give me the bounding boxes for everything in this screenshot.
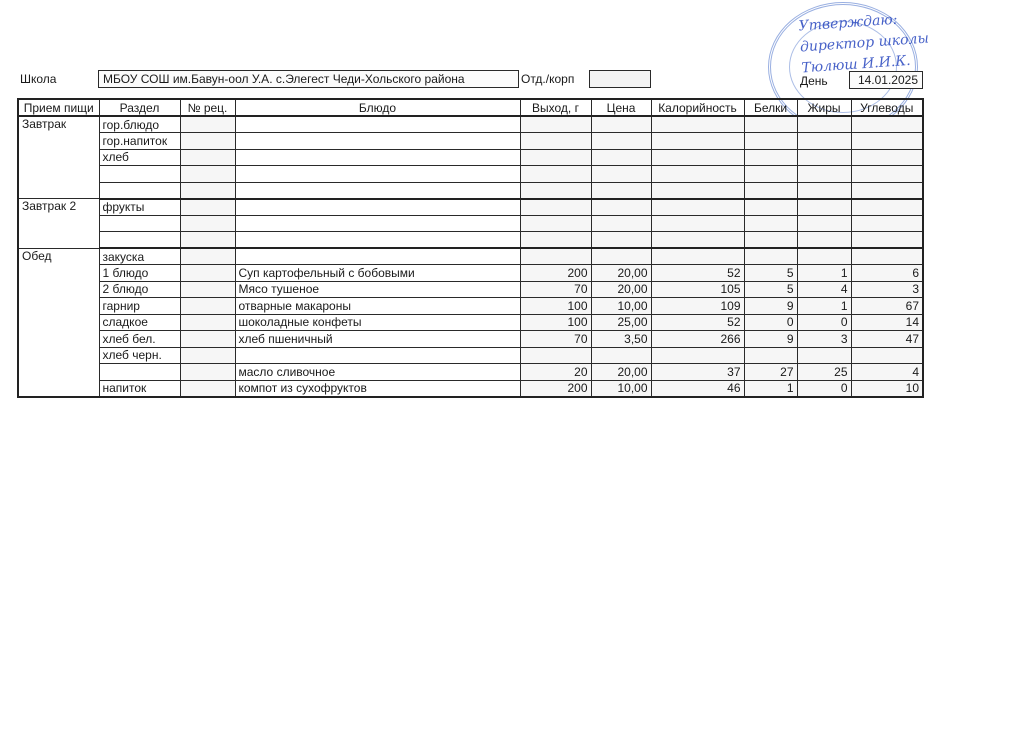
price-cell[interactable]: 20,00 [591,281,651,298]
recipe-cell[interactable] [180,364,235,381]
recipe-cell[interactable] [180,166,235,183]
fat-cell[interactable] [797,215,851,232]
protein-cell[interactable] [744,166,797,183]
dish-cell[interactable] [235,166,520,183]
dish-cell[interactable]: хлеб пшеничный [235,331,520,348]
dish-cell[interactable] [235,347,520,364]
fat-cell[interactable]: 1 [797,265,851,282]
dish-cell[interactable]: шоколадные конфеты [235,314,520,331]
price-cell[interactable] [591,215,651,232]
yield-cell[interactable] [520,133,591,150]
protein-cell[interactable] [744,232,797,249]
yield-cell[interactable] [520,182,591,199]
fat-cell[interactable]: 25 [797,364,851,381]
carbs-cell[interactable]: 3 [851,281,923,298]
table-row: гарниротварные макароны10010,001099167 [18,298,923,315]
price-cell[interactable] [591,347,651,364]
dish-cell[interactable]: отварные макароны [235,298,520,315]
recipe-cell[interactable] [180,199,235,216]
fat-cell[interactable]: 4 [797,281,851,298]
section-cell[interactable] [99,215,180,232]
fat-cell[interactable] [797,199,851,216]
day-field[interactable]: 14.01.2025 [849,71,923,89]
section-cell[interactable]: сладкое [99,314,180,331]
carbs-cell[interactable]: 10 [851,380,923,397]
table-row [18,166,923,183]
price-cell[interactable] [591,116,651,133]
recipe-cell[interactable] [180,182,235,199]
recipe-cell[interactable] [180,232,235,249]
yield-cell[interactable]: 200 [520,380,591,397]
section-cell[interactable] [99,166,180,183]
calories-cell[interactable]: 52 [651,314,744,331]
dish-cell[interactable] [235,116,520,133]
dish-cell[interactable] [235,149,520,166]
fat-cell[interactable] [797,149,851,166]
protein-cell[interactable]: 1 [744,380,797,397]
column-header-recipe: № рец. [180,99,235,116]
calories-cell[interactable]: 52 [651,265,744,282]
carbs-cell[interactable]: 14 [851,314,923,331]
table-row [18,232,923,249]
fat-cell[interactable] [797,116,851,133]
section-cell[interactable]: закуска [99,248,180,265]
table-row: 1 блюдоСуп картофельный с бобовыми20020,… [18,265,923,282]
protein-cell[interactable]: 9 [744,331,797,348]
protein-cell[interactable] [744,133,797,150]
calories-cell[interactable] [651,232,744,249]
section-cell[interactable]: хлеб бел. [99,331,180,348]
fat-cell[interactable] [797,232,851,249]
yield-cell[interactable]: 70 [520,281,591,298]
fat-cell[interactable] [797,182,851,199]
protein-cell[interactable] [744,248,797,265]
yield-cell[interactable] [520,116,591,133]
protein-cell[interactable] [744,347,797,364]
calories-cell[interactable] [651,199,744,216]
fat-cell[interactable] [797,347,851,364]
fat-cell[interactable] [797,133,851,150]
calories-cell[interactable] [651,215,744,232]
table-row: сладкоешоколадные конфеты10025,00520014 [18,314,923,331]
protein-cell[interactable]: 9 [744,298,797,315]
dish-cell[interactable] [235,182,520,199]
protein-cell[interactable]: 27 [744,364,797,381]
carbs-cell[interactable] [851,232,923,249]
recipe-cell[interactable] [180,116,235,133]
price-cell[interactable] [591,166,651,183]
table-row: гор.напиток [18,133,923,150]
dept-label: Отд./корп [521,72,574,86]
calories-cell[interactable] [651,149,744,166]
calories-cell[interactable] [651,166,744,183]
column-header-meal: Прием пищи [18,99,99,116]
column-header-section: Раздел [99,99,180,116]
dish-cell[interactable] [235,248,520,265]
price-cell[interactable]: 20,00 [591,265,651,282]
section-cell[interactable]: хлеб черн. [99,347,180,364]
column-header-price: Цена [591,99,651,116]
carbs-cell[interactable]: 67 [851,298,923,315]
recipe-cell[interactable] [180,149,235,166]
recipe-cell[interactable] [180,347,235,364]
carbs-cell[interactable]: 6 [851,265,923,282]
fat-cell[interactable]: 3 [797,331,851,348]
school-field[interactable]: МБОУ СОШ им.Бавун-оол У.А. с.Элегест Чед… [98,70,519,88]
protein-cell[interactable] [744,215,797,232]
recipe-cell[interactable] [180,298,235,315]
yield-cell[interactable]: 70 [520,331,591,348]
dish-cell[interactable]: компот из сухофруктов [235,380,520,397]
table-row: хлеб бел.хлеб пшеничный703,502669347 [18,331,923,348]
yield-cell[interactable] [520,199,591,216]
carbs-cell[interactable] [851,133,923,150]
column-header-dish: Блюдо [235,99,520,116]
carbs-cell[interactable] [851,347,923,364]
yield-cell[interactable] [520,166,591,183]
recipe-cell[interactable] [180,133,235,150]
carbs-cell[interactable] [851,149,923,166]
column-header-yield: Выход, г [520,99,591,116]
column-header-protein: Белки [744,99,797,116]
section-cell[interactable] [99,232,180,249]
recipe-cell[interactable] [180,281,235,298]
carbs-cell[interactable] [851,166,923,183]
carbs-cell[interactable] [851,182,923,199]
table-row: хлеб черн. [18,347,923,364]
price-cell[interactable] [591,232,651,249]
price-cell[interactable] [591,248,651,265]
protein-cell[interactable]: 5 [744,265,797,282]
dept-field[interactable] [589,70,651,88]
protein-cell[interactable] [744,199,797,216]
dish-cell[interactable] [235,232,520,249]
calories-cell[interactable] [651,133,744,150]
table-row: хлеб [18,149,923,166]
yield-cell[interactable] [520,232,591,249]
price-cell[interactable] [591,133,651,150]
section-cell[interactable]: гарнир [99,298,180,315]
recipe-cell[interactable] [180,380,235,397]
section-cell[interactable]: гор.напиток [99,133,180,150]
carbs-cell[interactable] [851,215,923,232]
section-cell[interactable]: хлеб [99,149,180,166]
yield-cell[interactable]: 20 [520,364,591,381]
table-row: масло сливочное2020,003727254 [18,364,923,381]
recipe-cell[interactable] [180,314,235,331]
meal-cell: Завтрак 2 [18,199,99,249]
price-cell[interactable] [591,199,651,216]
carbs-cell[interactable]: 4 [851,364,923,381]
yield-cell[interactable]: 100 [520,298,591,315]
section-cell[interactable]: напиток [99,380,180,397]
calories-cell[interactable]: 109 [651,298,744,315]
yield-cell[interactable]: 100 [520,314,591,331]
recipe-cell[interactable] [180,331,235,348]
protein-cell[interactable]: 5 [744,281,797,298]
school-label: Школа [20,72,56,86]
carbs-cell[interactable] [851,116,923,133]
recipe-cell[interactable] [180,265,235,282]
table-row: 2 блюдоМясо тушеное7020,00105543 [18,281,923,298]
protein-cell[interactable] [744,182,797,199]
calories-cell[interactable] [651,182,744,199]
calories-cell[interactable]: 105 [651,281,744,298]
fat-cell[interactable] [797,248,851,265]
dish-cell[interactable]: Мясо тушеное [235,281,520,298]
fat-cell[interactable] [797,166,851,183]
price-cell[interactable]: 3,50 [591,331,651,348]
section-cell[interactable] [99,364,180,381]
carbs-cell[interactable] [851,248,923,265]
dish-cell[interactable]: масло сливочное [235,364,520,381]
table-row: напитоккомпот из сухофруктов20010,004610… [18,380,923,397]
calories-cell[interactable]: 46 [651,380,744,397]
recipe-cell[interactable] [180,215,235,232]
yield-cell[interactable] [520,149,591,166]
table-row: Обедзакуска [18,248,923,265]
calories-cell[interactable]: 266 [651,331,744,348]
price-cell[interactable]: 10,00 [591,380,651,397]
meal-cell: Обед [18,248,99,397]
meal-cell: Завтрак [18,116,99,199]
price-cell[interactable]: 20,00 [591,364,651,381]
dish-cell[interactable] [235,215,520,232]
calories-cell[interactable] [651,248,744,265]
dish-cell[interactable]: Суп картофельный с бобовыми [235,265,520,282]
section-cell[interactable]: 2 блюдо [99,281,180,298]
calories-cell[interactable] [651,347,744,364]
price-cell[interactable]: 25,00 [591,314,651,331]
price-cell[interactable] [591,182,651,199]
column-header-carbs: Углеводы [851,99,923,116]
table-header-row: Прием пищиРаздел№ рец.БлюдоВыход, гЦенаК… [18,99,923,116]
carbs-cell[interactable]: 47 [851,331,923,348]
section-cell[interactable]: 1 блюдо [99,265,180,282]
menu-table: Прием пищиРаздел№ рец.БлюдоВыход, гЦенаК… [17,98,924,398]
yield-cell[interactable]: 200 [520,265,591,282]
fat-cell[interactable]: 0 [797,314,851,331]
table-row: Завтрак 2фрукты [18,199,923,216]
dish-cell[interactable] [235,133,520,150]
protein-cell[interactable]: 0 [744,314,797,331]
calories-cell[interactable] [651,116,744,133]
calories-cell[interactable]: 37 [651,364,744,381]
price-cell[interactable] [591,149,651,166]
yield-cell[interactable] [520,248,591,265]
section-cell[interactable]: фрукты [99,199,180,216]
carbs-cell[interactable] [851,199,923,216]
fat-cell[interactable]: 0 [797,380,851,397]
table-row [18,182,923,199]
fat-cell[interactable]: 1 [797,298,851,315]
price-cell[interactable]: 10,00 [591,298,651,315]
yield-cell[interactable] [520,347,591,364]
column-header-calories: Калорийность [651,99,744,116]
approval-signature: Утверждаю: директор школы Тюлюш И.И.К. [798,8,931,80]
section-cell[interactable] [99,182,180,199]
protein-cell[interactable] [744,149,797,166]
column-header-fat: Жиры [797,99,851,116]
recipe-cell[interactable] [180,248,235,265]
dish-cell[interactable] [235,199,520,216]
yield-cell[interactable] [520,215,591,232]
protein-cell[interactable] [744,116,797,133]
table-row: Завтракгор.блюдо [18,116,923,133]
section-cell[interactable]: гор.блюдо [99,116,180,133]
table-row [18,215,923,232]
day-label: День [800,74,828,88]
